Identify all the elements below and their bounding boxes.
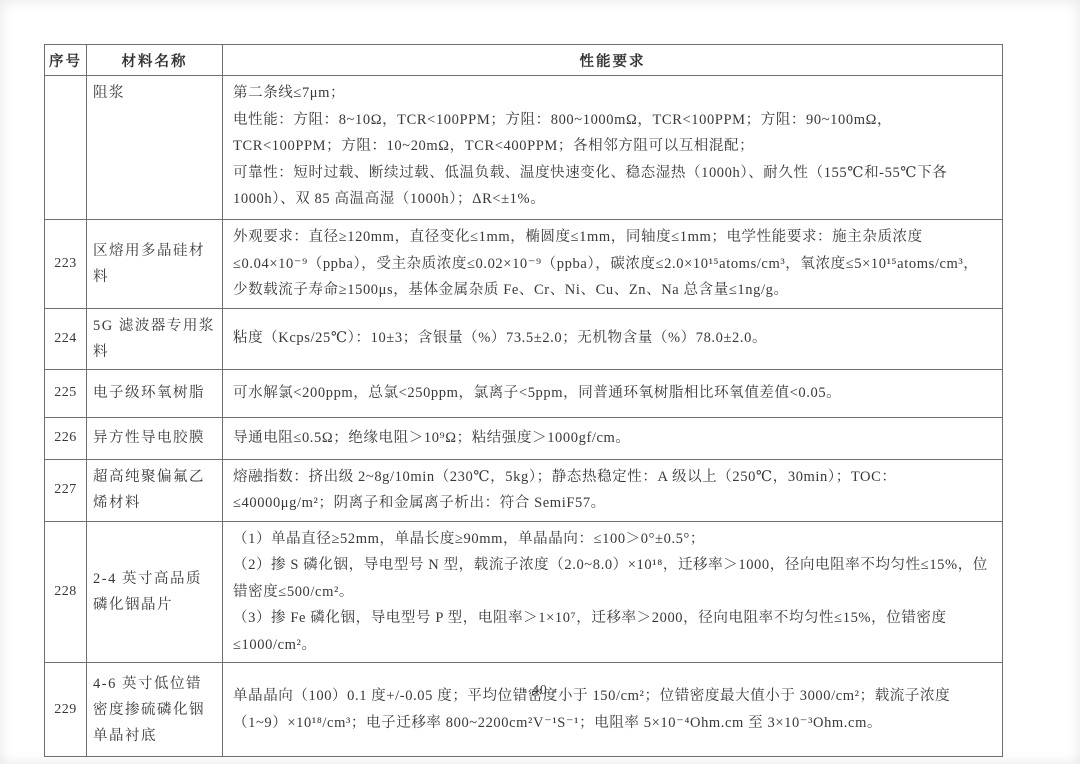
material-cell: 电子级环氧树脂: [87, 369, 223, 417]
material-cell: 4-6 英寸低位错密度掺硫磷化铟单晶衬底: [87, 663, 223, 757]
material-cell: 2-4 英寸高品质磷化铟晶片: [87, 521, 223, 663]
table-row: 2245G 滤波器专用浆料粘度（Kcps/25℃）：10±3；含银量（%）73.…: [45, 308, 1003, 369]
table-row: 2294-6 英寸低位错密度掺硫磷化铟单晶衬底单晶晶向（100）0.1 度+/-…: [45, 663, 1003, 757]
material-cell: 超高纯聚偏氟乙烯材料: [87, 459, 223, 521]
serial-cell: 224: [45, 308, 87, 369]
materials-spec-table: 序号 材料名称 性能要求 阻浆第二条线≤7μm； 电性能：方阻：8~10Ω，TC…: [44, 44, 1003, 757]
performance-cell: 粘度（Kcps/25℃）：10±3；含银量（%）73.5±2.0；无机物含量（%…: [223, 308, 1003, 369]
table-row: 阻浆第二条线≤7μm； 电性能：方阻：8~10Ω，TCR<100PPM；方阻：8…: [45, 76, 1003, 220]
col-header-serial: 序号: [45, 45, 87, 76]
performance-cell: 外观要求：直径≥120mm，直径变化≤1mm，椭圆度≤1mm，同轴度≤1mm；电…: [223, 220, 1003, 309]
serial-cell: [45, 76, 87, 220]
performance-cell: 第二条线≤7μm； 电性能：方阻：8~10Ω，TCR<100PPM；方阻：800…: [223, 76, 1003, 220]
document-page: 序号 材料名称 性能要求 阻浆第二条线≤7μm； 电性能：方阻：8~10Ω，TC…: [0, 0, 1080, 764]
serial-cell: 227: [45, 459, 87, 521]
page-number: - 40 -: [0, 682, 1080, 698]
serial-cell: 225: [45, 369, 87, 417]
material-cell: 阻浆: [87, 76, 223, 220]
table-row: 226异方性导电胶膜导通电阻≤0.5Ω；绝缘电阻＞10⁹Ω；粘结强度＞1000g…: [45, 417, 1003, 459]
table-row: 223区熔用多晶硅材料外观要求：直径≥120mm，直径变化≤1mm，椭圆度≤1m…: [45, 220, 1003, 309]
table-row: 2282-4 英寸高品质磷化铟晶片（1）单晶直径≥52mm，单晶长度≥90mm，…: [45, 521, 1003, 663]
serial-cell: 226: [45, 417, 87, 459]
table-row: 227超高纯聚偏氟乙烯材料熔融指数：挤出级 2~8g/10min（230℃，5k…: [45, 459, 1003, 521]
performance-cell: 单晶晶向（100）0.1 度+/-0.05 度；平均位错密度小于 150/cm²…: [223, 663, 1003, 757]
serial-cell: 228: [45, 521, 87, 663]
table-header-row: 序号 材料名称 性能要求: [45, 45, 1003, 76]
material-cell: 异方性导电胶膜: [87, 417, 223, 459]
serial-cell: 229: [45, 663, 87, 757]
performance-cell: 导通电阻≤0.5Ω；绝缘电阻＞10⁹Ω；粘结强度＞1000gf/cm。: [223, 417, 1003, 459]
performance-cell: 熔融指数：挤出级 2~8g/10min（230℃，5kg）；静态热稳定性：A 级…: [223, 459, 1003, 521]
material-cell: 5G 滤波器专用浆料: [87, 308, 223, 369]
serial-cell: 223: [45, 220, 87, 309]
table-row: 225电子级环氧树脂可水解氯<200ppm，总氯<250ppm，氯离子<5ppm…: [45, 369, 1003, 417]
performance-cell: （1）单晶直径≥52mm，单晶长度≥90mm，单晶晶向：≤100＞0°±0.5°…: [223, 521, 1003, 663]
material-cell: 区熔用多晶硅材料: [87, 220, 223, 309]
col-header-performance: 性能要求: [223, 45, 1003, 76]
performance-cell: 可水解氯<200ppm，总氯<250ppm，氯离子<5ppm，同普通环氧树脂相比…: [223, 369, 1003, 417]
col-header-material: 材料名称: [87, 45, 223, 76]
